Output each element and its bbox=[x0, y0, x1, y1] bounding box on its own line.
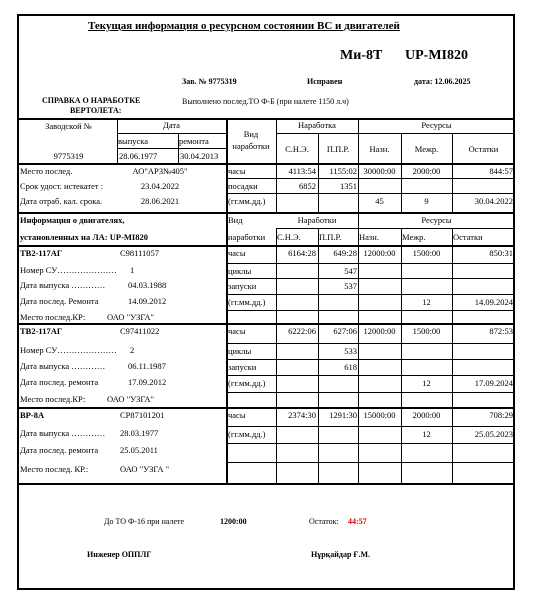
grid-line bbox=[226, 163, 515, 165]
status-label: Исправен bbox=[307, 77, 342, 86]
grid-line bbox=[226, 263, 515, 264]
engine-sne: 6222:06 bbox=[276, 327, 316, 336]
aircraft-info-label: Дата отраб. кал. срока. bbox=[20, 197, 102, 206]
engine-row-type: запуски bbox=[228, 282, 256, 291]
aircraft-info-label: Место послед. bbox=[20, 167, 72, 176]
grid-line bbox=[117, 133, 226, 134]
engine-inter: 1500:00 bbox=[401, 327, 452, 336]
engine-inter: 2000:00 bbox=[401, 411, 452, 420]
release-date: 28.06.1977 bbox=[119, 152, 157, 161]
date-label: дата: 12.06.2025 bbox=[414, 77, 471, 86]
last-service-text: Выполнено послед.ТО Ф-Б (при налете 1150… bbox=[182, 97, 349, 106]
grid-line bbox=[17, 245, 515, 247]
grid-line bbox=[17, 163, 226, 165]
aircraft-inter: 2000:00 bbox=[401, 167, 452, 176]
grid-line bbox=[117, 148, 226, 149]
col-operating: Наработка bbox=[276, 121, 358, 130]
col-assigned: Назн. bbox=[358, 145, 401, 154]
engine-info-label: Место послед. КР.: bbox=[20, 465, 88, 474]
grid-line bbox=[17, 483, 515, 485]
remaining-label: Остаток: bbox=[309, 517, 339, 526]
engine-info-value: ОАО "УЗГА" bbox=[107, 313, 154, 322]
engine-ppr: 618 bbox=[318, 363, 357, 372]
grid-line bbox=[226, 178, 515, 179]
grid-line bbox=[276, 133, 515, 134]
factory-no: 9775319 bbox=[20, 152, 117, 161]
engine-model: ВР-8А bbox=[20, 411, 44, 420]
engineer-label: Инженер ОППЛГ bbox=[87, 550, 151, 559]
engines-header-line2: установленных на ЛА: UP-MI820 bbox=[20, 233, 148, 242]
grid-line bbox=[452, 228, 453, 483]
engine-row-type: (гг.мм.дд.) bbox=[228, 430, 265, 439]
next-service-label: До ТО Ф-16 при налете bbox=[104, 517, 184, 526]
grid-line bbox=[226, 375, 515, 376]
aircraft-ppr: 1351 bbox=[318, 182, 357, 191]
engines-header-line1: Информация о двигателях, bbox=[20, 216, 124, 225]
report-title-line2: ВЕРТОЛЕТА: bbox=[70, 106, 121, 115]
grid-line bbox=[226, 392, 515, 393]
col-date-release: выпуска bbox=[118, 137, 178, 146]
engine-row-type: циклы bbox=[228, 267, 251, 276]
engine-info-label: Номер СУ………………… bbox=[20, 346, 117, 355]
repair-date: 30.04.2013 bbox=[180, 152, 218, 161]
report-title-line1: СПРАВКА О НАРАБОТКЕ bbox=[42, 96, 140, 105]
engine-info-value: 25.05.2011 bbox=[120, 446, 158, 455]
col-type-2: наработки bbox=[226, 142, 276, 151]
engine-info-label: Номер СУ………………… bbox=[20, 266, 117, 275]
engine-sne: 2374:30 bbox=[276, 411, 316, 420]
engine-info-label: Место послед.КР: bbox=[20, 313, 85, 322]
engine-assigned: 15000:00 bbox=[358, 411, 401, 420]
aircraft-assigned: 45 bbox=[358, 197, 401, 206]
grid-line bbox=[226, 278, 515, 279]
engine-info-value: 06.11.1987 bbox=[128, 362, 166, 371]
remaining-value: 44:57 bbox=[348, 517, 367, 526]
engines-col-ppr: П.П.Р. bbox=[319, 233, 341, 242]
engine-inter: 12 bbox=[401, 379, 452, 388]
aircraft-ppr: 1155:02 bbox=[318, 167, 357, 176]
col-date: Дата bbox=[117, 121, 226, 130]
col-sne: С.Н.Э. bbox=[276, 145, 318, 154]
col-interrepair: Межр. bbox=[401, 145, 452, 154]
engine-sne: 6164:28 bbox=[276, 249, 316, 258]
engines-col-sne: С.Н.Э. bbox=[277, 233, 301, 242]
col-resources: Ресурсы bbox=[358, 121, 515, 130]
aircraft-sne: 6852 bbox=[276, 182, 316, 191]
engine-model: ТВ2-117АГ bbox=[20, 327, 62, 336]
engine-row-type: (гг.мм.дд.) bbox=[228, 379, 265, 388]
engine-inter: 1500:00 bbox=[401, 249, 452, 258]
grid-line bbox=[226, 343, 515, 344]
engine-info-label: Дата послед. ремонта bbox=[20, 446, 98, 455]
engines-col-resources: Ресурсы bbox=[358, 216, 515, 225]
aircraft-info-value: 28.06.2021 bbox=[120, 197, 200, 206]
engine-remaining: 708:29 bbox=[452, 411, 513, 420]
grid-line bbox=[226, 310, 515, 311]
aircraft-row-type: часы bbox=[228, 167, 246, 176]
engine-inter: 12 bbox=[401, 298, 452, 307]
aircraft-info-value: 23.04.2022 bbox=[120, 182, 200, 191]
engine-info-label: Дата выпуска ………… bbox=[20, 429, 105, 438]
engine-ppr: 533 bbox=[318, 347, 357, 356]
aircraft-model: Ми-8Т bbox=[340, 48, 382, 64]
aircraft-remaining: 30.04.2022 bbox=[452, 197, 513, 206]
engine-info-label: Дата послед. ремонта bbox=[20, 378, 98, 387]
grid-line bbox=[276, 228, 515, 229]
aircraft-registration: UP-MI820 bbox=[405, 48, 468, 64]
engine-info-value: ОАО "УЗГА " bbox=[120, 465, 169, 474]
aircraft-remaining: 844:57 bbox=[452, 167, 513, 176]
engine-info-label: Дата послед. Ремонта bbox=[20, 297, 98, 306]
serial-label: Зав. № 9775319 bbox=[182, 77, 237, 86]
engine-remaining: 14.09.2024 bbox=[452, 298, 513, 307]
engine-ppr: 1291:30 bbox=[318, 411, 357, 420]
engines-col-assigned: Назн. bbox=[359, 233, 379, 242]
engine-serial: С97411022 bbox=[120, 327, 159, 336]
engines-col-remaining: Остатки bbox=[453, 233, 483, 242]
aircraft-row-type: (гг.мм.дд.) bbox=[228, 197, 265, 206]
grid-line bbox=[17, 212, 515, 214]
engines-col-type-1: Вид bbox=[228, 216, 243, 225]
grid-line bbox=[226, 359, 515, 360]
grid-line bbox=[17, 323, 515, 325]
grid-line bbox=[17, 407, 515, 409]
grid-line bbox=[226, 443, 515, 444]
col-date-repair: ремонта bbox=[179, 137, 226, 146]
engine-remaining: 17.09.2024 bbox=[452, 379, 513, 388]
grid-line bbox=[226, 294, 515, 295]
engine-inter: 12 bbox=[401, 430, 452, 439]
col-factory-no: Заводской № bbox=[20, 122, 117, 131]
engine-serial: С98111057 bbox=[120, 249, 159, 258]
engine-info-value: 04.03.1988 bbox=[128, 281, 166, 290]
col-type-1: Вид bbox=[226, 130, 276, 139]
aircraft-assigned: 30000:00 bbox=[358, 167, 401, 176]
col-remaining: Остатки bbox=[452, 145, 515, 154]
engine-ppr: 627:06 bbox=[318, 327, 357, 336]
engine-remaining: 872:53 bbox=[452, 327, 513, 336]
engine-row-type: запуски bbox=[228, 363, 256, 372]
engines-col-type-2: наработки bbox=[228, 233, 265, 242]
engine-row-type: часы bbox=[228, 249, 246, 258]
engine-info-value: 14.09.2012 bbox=[128, 297, 166, 306]
aircraft-inter: 9 bbox=[401, 197, 452, 206]
engine-model: ТВ2-117АГ bbox=[20, 249, 62, 258]
next-service-value: 1200:00 bbox=[220, 517, 247, 526]
engine-info-value: ОАО "УЗГА" bbox=[107, 395, 154, 404]
engine-remaining: 850:31 bbox=[452, 249, 513, 258]
engine-info-value: 2 bbox=[130, 346, 134, 355]
engineer-name: Нұрқайдар Ғ.М. bbox=[311, 550, 370, 559]
engine-row-type: (гг.мм.дд.) bbox=[228, 298, 265, 307]
engine-row-type: циклы bbox=[228, 347, 251, 356]
engine-ppr: 537 bbox=[318, 282, 357, 291]
engine-ppr: 649:28 bbox=[318, 249, 357, 258]
engines-col-operating: Наработки bbox=[276, 216, 358, 225]
engine-remaining: 25.05.2023 bbox=[452, 430, 513, 439]
engine-info-label: Место послед.КР: bbox=[20, 395, 85, 404]
engine-row-type: часы bbox=[228, 327, 246, 336]
engine-info-value: 28.03.1977 bbox=[120, 429, 158, 438]
aircraft-row-type: посадки bbox=[228, 182, 258, 191]
engine-info-value: 17.09.2012 bbox=[128, 378, 166, 387]
document-title: Текущая информация о ресурсном состоянии… bbox=[88, 20, 400, 32]
engine-serial: СР87101201 bbox=[120, 411, 164, 420]
aircraft-info-value: АО"АРЗ№405" bbox=[120, 167, 200, 176]
engine-row-type: часы bbox=[228, 411, 246, 420]
engine-info-value: 1 bbox=[130, 266, 134, 275]
grid-line bbox=[276, 228, 277, 483]
engines-col-interrepair: Межр. bbox=[402, 233, 425, 242]
grid-line bbox=[226, 193, 515, 194]
engine-ppr: 547 bbox=[318, 267, 357, 276]
engine-info-label: Дата выпуска ………… bbox=[20, 362, 105, 371]
grid-line bbox=[226, 426, 515, 427]
aircraft-sne: 4113:54 bbox=[276, 167, 316, 176]
grid-line bbox=[226, 462, 515, 463]
aircraft-info-label: Срок удост. истекатет : bbox=[20, 182, 103, 191]
engine-assigned: 12000:00 bbox=[358, 327, 401, 336]
engine-assigned: 12000:00 bbox=[358, 249, 401, 258]
grid-line bbox=[401, 228, 402, 483]
engine-info-label: Дата выпуска ………… bbox=[20, 281, 105, 290]
col-ppr: П.П.Р. bbox=[318, 145, 358, 154]
